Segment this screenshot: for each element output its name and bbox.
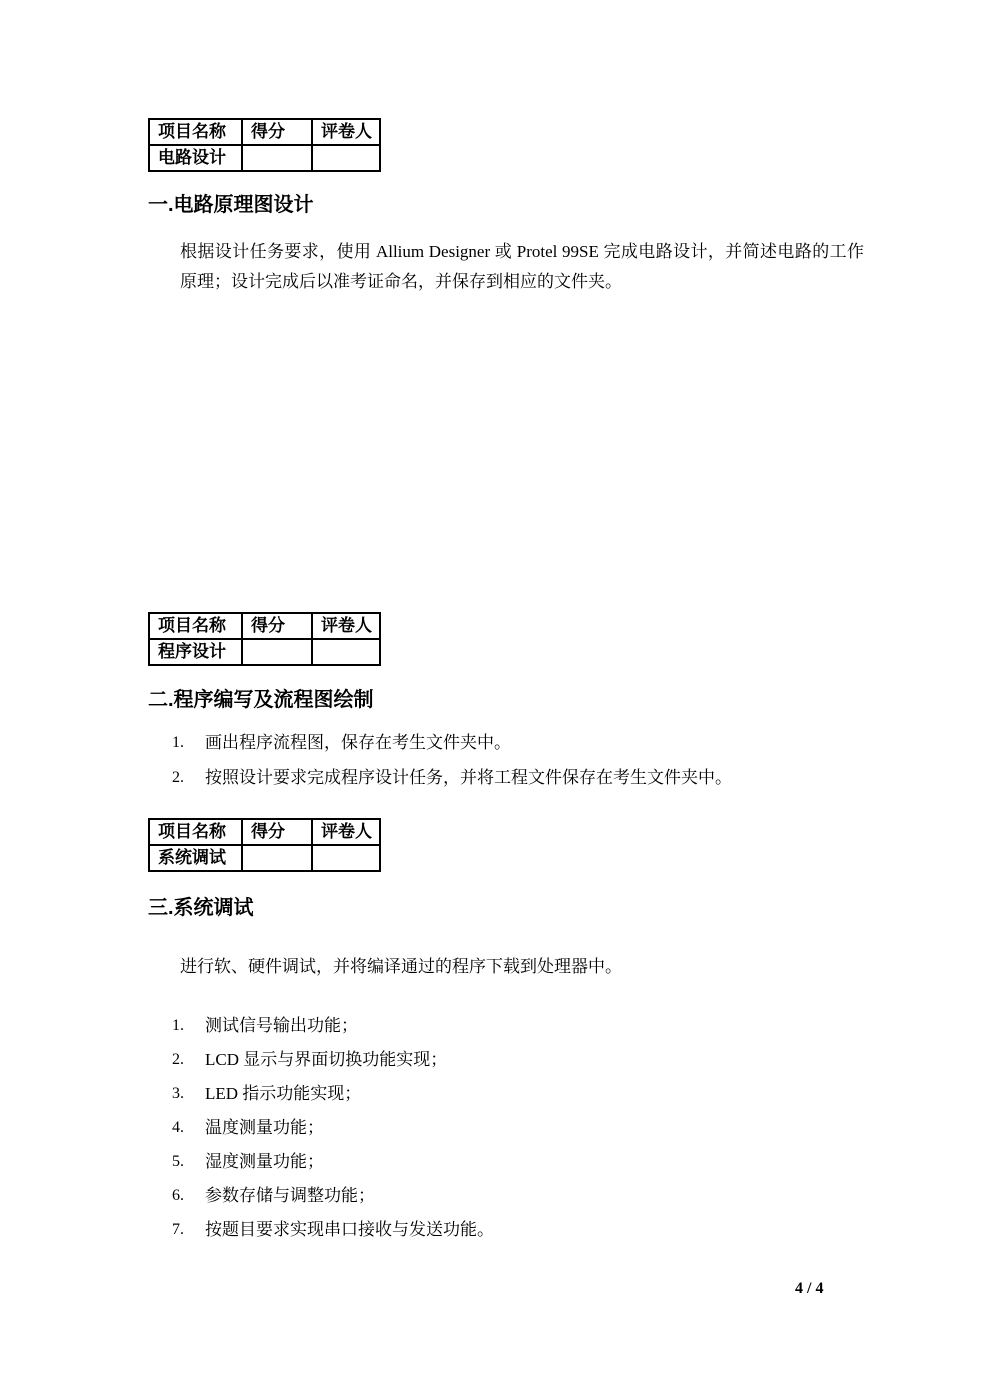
list-item: 2. 按照设计要求完成程序设计任务，并将工程文件保存在考生文件夹中。 bbox=[172, 766, 872, 801]
list-item: 7. 按题目要求实现串口接收与发送功能。 bbox=[172, 1218, 872, 1252]
cell-score bbox=[242, 145, 312, 171]
section-1-paragraph: 根据设计任务要求，使用 Allium Designer 或 Protel 99S… bbox=[180, 237, 864, 297]
document-page: 项目名称 得分 评卷人 电路设计 一.电路原理图设计 根据设计任务要求，使用 A… bbox=[0, 0, 981, 1398]
cell-project-name: 电路设计 bbox=[149, 145, 242, 171]
list-item-number: 1. bbox=[172, 1014, 205, 1038]
list-item: 5. 湿度测量功能； bbox=[172, 1150, 872, 1184]
list-item-text: 画出程序流程图，保存在考生文件夹中。 bbox=[205, 731, 511, 755]
list-item-number: 4. bbox=[172, 1116, 205, 1140]
list-item-number: 5. bbox=[172, 1150, 205, 1174]
list-item-number: 6. bbox=[172, 1184, 205, 1208]
table-row: 程序设计 bbox=[149, 639, 380, 665]
section-3-paragraph: 进行软、硬件调试，并将编译通过的程序下载到处理器中。 bbox=[180, 952, 622, 982]
table-header-row: 项目名称 得分 评卷人 bbox=[149, 819, 380, 845]
list-item-text: 参数存储与调整功能； bbox=[205, 1184, 375, 1208]
score-table-system-debug: 项目名称 得分 评卷人 系统调试 bbox=[148, 818, 381, 872]
cell-project-name: 程序设计 bbox=[149, 639, 242, 665]
section-2-list: 1. 画出程序流程图，保存在考生文件夹中。 2. 按照设计要求完成程序设计任务，… bbox=[172, 731, 872, 801]
list-item-text: 按照设计要求完成程序设计任务，并将工程文件保存在考生文件夹中。 bbox=[205, 766, 732, 790]
header-score: 得分 bbox=[242, 819, 312, 845]
list-item: 3. LED 指示功能实现； bbox=[172, 1082, 872, 1116]
header-project-name: 项目名称 bbox=[149, 819, 242, 845]
cell-score bbox=[242, 639, 312, 665]
list-item-text: LCD 显示与界面切换功能实现； bbox=[205, 1048, 447, 1072]
list-item-text: LED 指示功能实现； bbox=[205, 1082, 361, 1106]
header-score: 得分 bbox=[242, 119, 312, 145]
cell-project-name: 系统调试 bbox=[149, 845, 242, 871]
list-item-text: 按题目要求实现串口接收与发送功能。 bbox=[205, 1218, 494, 1242]
header-score: 得分 bbox=[242, 613, 312, 639]
cell-grader bbox=[312, 145, 380, 171]
list-item-number: 2. bbox=[172, 1048, 205, 1072]
cell-grader bbox=[312, 639, 380, 665]
list-item-text: 测试信号输出功能； bbox=[205, 1014, 358, 1038]
list-item-text: 温度测量功能； bbox=[205, 1116, 324, 1140]
list-item-number: 1. bbox=[172, 731, 205, 755]
table-row: 电路设计 bbox=[149, 145, 380, 171]
table-header-row: 项目名称 得分 评卷人 bbox=[149, 119, 380, 145]
header-grader: 评卷人 bbox=[312, 613, 380, 639]
page-number: 4 / 4 bbox=[795, 1280, 823, 1298]
table-row: 系统调试 bbox=[149, 845, 380, 871]
cell-score bbox=[242, 845, 312, 871]
section-heading-circuit-schematic-design: 一.电路原理图设计 bbox=[148, 192, 314, 218]
header-project-name: 项目名称 bbox=[149, 613, 242, 639]
cell-grader bbox=[312, 845, 380, 871]
list-item-number: 2. bbox=[172, 766, 205, 790]
list-item: 1. 画出程序流程图，保存在考生文件夹中。 bbox=[172, 731, 872, 766]
header-project-name: 项目名称 bbox=[149, 119, 242, 145]
header-grader: 评卷人 bbox=[312, 119, 380, 145]
score-table-circuit-design: 项目名称 得分 评卷人 电路设计 bbox=[148, 118, 381, 172]
list-item: 2. LCD 显示与界面切换功能实现； bbox=[172, 1048, 872, 1082]
section-heading-programming-flowchart: 二.程序编写及流程图绘制 bbox=[148, 687, 374, 713]
list-item-number: 3. bbox=[172, 1082, 205, 1106]
list-item-text: 湿度测量功能； bbox=[205, 1150, 324, 1174]
list-item: 1. 测试信号输出功能； bbox=[172, 1014, 872, 1048]
header-grader: 评卷人 bbox=[312, 819, 380, 845]
score-table-program-design: 项目名称 得分 评卷人 程序设计 bbox=[148, 612, 381, 666]
table-header-row: 项目名称 得分 评卷人 bbox=[149, 613, 380, 639]
list-item-number: 7. bbox=[172, 1218, 205, 1242]
list-item: 6. 参数存储与调整功能； bbox=[172, 1184, 872, 1218]
list-item: 4. 温度测量功能； bbox=[172, 1116, 872, 1150]
section-3-list: 1. 测试信号输出功能； 2. LCD 显示与界面切换功能实现； 3. LED … bbox=[172, 1014, 872, 1252]
section-heading-system-debug: 三.系统调试 bbox=[148, 895, 254, 921]
